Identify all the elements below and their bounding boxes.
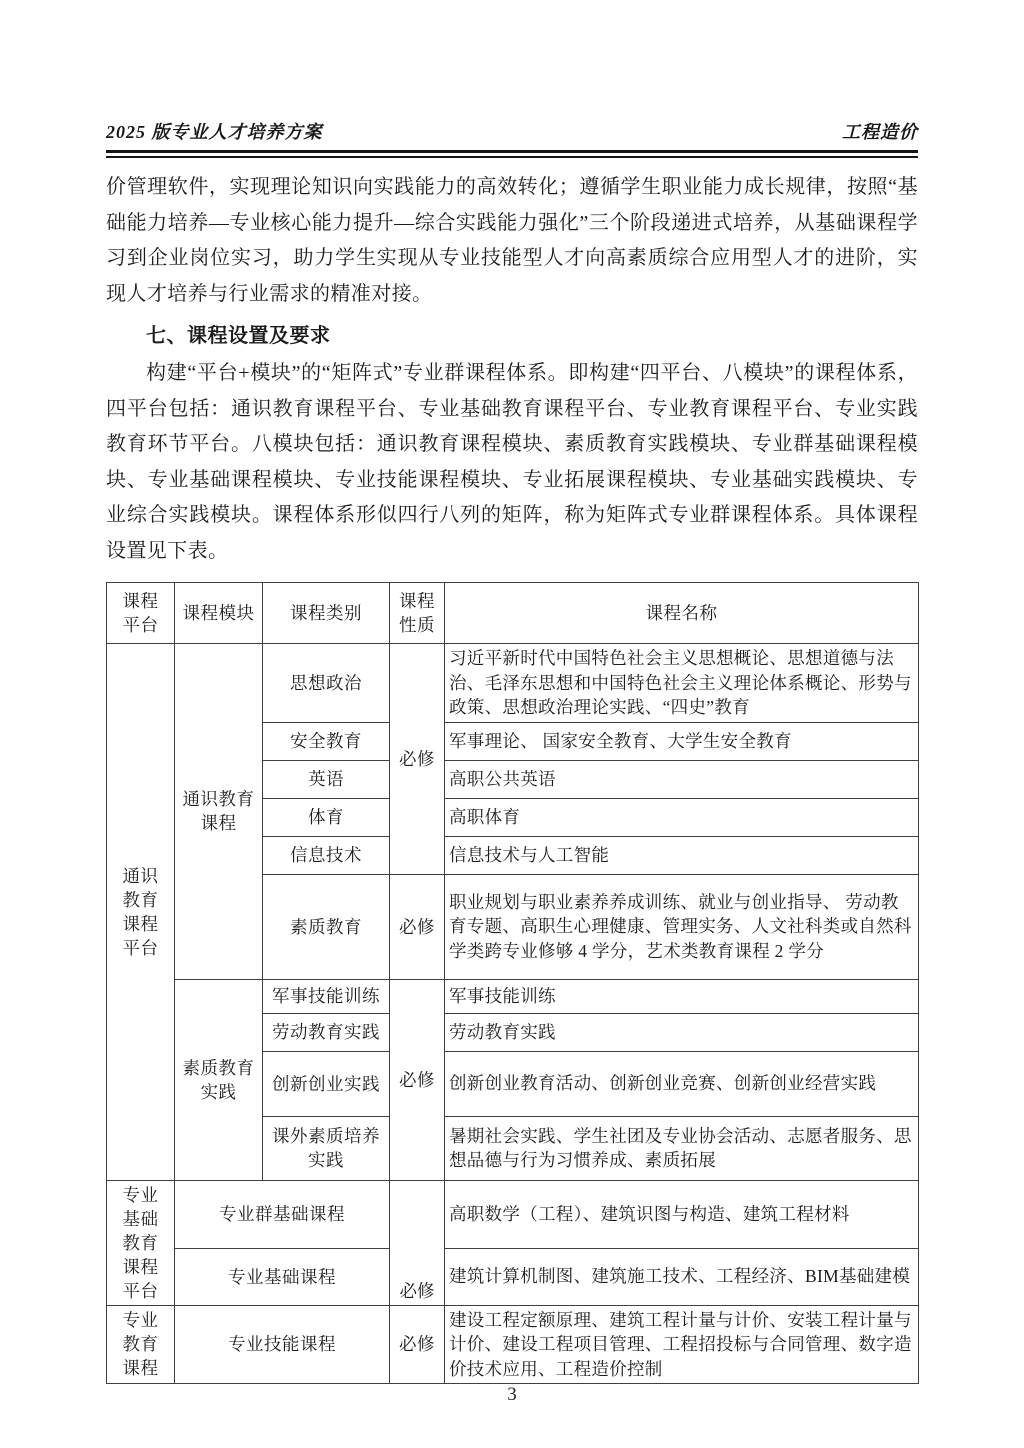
table-row: 专业基础课程 建筑计算机制图、建筑施工技术、工程经济、BIM基础建模 [107,1248,919,1305]
paragraph-continuation: 价管理软件，实现理论知识向实践能力的高效转化；遵循学生职业能力成长规律，按照“基… [106,170,918,312]
table-row: 素质教育 实践 军事技能训练 必修 军事技能训练 [107,979,919,1013]
header-divider [106,150,918,158]
cell-category-group-basic: 专业群基础课程 [175,1180,390,1248]
col-header-module: 课程模块 [175,583,263,644]
page-number: 3 [507,1384,517,1405]
col-header-category: 课程类别 [263,583,390,644]
col-header-platform: 课程 平台 [107,583,175,644]
table-row: 通识 教育 课程 平台 通识教育 课程 思想政治 必修 习近平新时代中国特色社会… [107,644,919,723]
cell-nature-skill: 必修 [390,1305,445,1384]
cell-nature-quality: 必修 [390,874,445,979]
cell-name-it: 信息技术与人工智能 [445,836,919,874]
table-header-row: 课程 平台 课程模块 课程类别 课程 性质 课程名称 [107,583,919,644]
page-footer: 3 [0,1384,1024,1406]
col-header-nature: 课程 性质 [390,583,445,644]
cell-name-group-basic: 高职数学（工程）、建筑识图与构造、建筑工程材料 [445,1180,919,1248]
cell-name-extracurricular: 暑期社会实践、学生社团及专业协会活动、志愿者服务、思想品德与行为习惯养成、素质拓… [445,1116,919,1180]
cell-name-professional-basic: 建筑计算机制图、建筑施工技术、工程经济、BIM基础建模 [445,1248,919,1305]
paragraph-curriculum-system: 构建“平台+模块”的“矩阵式”专业群课程体系。即构建“四平台、八模块”的课程体系… [106,356,918,569]
cell-category-skill: 专业技能课程 [175,1305,390,1384]
cell-nature-general: 必修 [390,644,445,875]
cell-category-professional-basic: 专业基础课程 [175,1248,390,1305]
course-setup-table: 课程 平台 课程模块 课程类别 课程 性质 课程名称 通识 教育 课程 平台 通… [106,582,919,1384]
cell-platform-general: 通识 教育 课程 平台 [107,644,175,1181]
cell-module-quality-practice: 素质教育 实践 [175,979,263,1180]
cell-category-innovation: 创新创业实践 [263,1051,390,1116]
col-header-name: 课程名称 [445,583,919,644]
cell-category-military: 军事技能训练 [263,979,390,1013]
cell-nature-quality-practice: 必修 [390,979,445,1180]
cell-name-english: 高职公共英语 [445,760,919,798]
table-row: 专业 基础 教育 课程 平台 专业群基础课程 必修 高职数学（工程）、建筑识图与… [107,1180,919,1248]
page-body: 价管理软件，实现理论知识向实践能力的高效转化；遵循学生职业能力成长规律，按照“基… [106,170,918,1384]
cell-platform-professional: 专业 教育 课程 [107,1305,175,1384]
cell-name-labor: 劳动教育实践 [445,1013,919,1051]
running-header: 2025 版专业人才培养方案 工程造价 [106,118,918,158]
cell-category-it: 信息技术 [263,836,390,874]
section-heading: 七、课程设置及要求 [106,321,918,352]
cell-name-skill: 建设工程定额原理、建筑工程计量与计价、安装工程计量与计价、建设工程项目管理、工程… [445,1305,919,1384]
document-page: 2025 版专业人才培养方案 工程造价 价管理软件，实现理论知识向实践能力的高效… [0,0,1024,1448]
cell-nature-professional-basic: 必修 [390,1180,445,1305]
cell-name-safety: 军事理论、 国家安全教育、大学生安全教育 [445,722,919,760]
cell-category-pe: 体育 [263,798,390,836]
cell-platform-professional-basic: 专业 基础 教育 课程 平台 [107,1180,175,1305]
cell-name-innovation: 创新创业教育活动、创新创业竞赛、创新创业经营实践 [445,1051,919,1116]
header-right-title: 工程造价 [842,118,918,144]
cell-category-english: 英语 [263,760,390,798]
cell-category-ideology: 思想政治 [263,644,390,723]
cell-module-general: 通识教育 课程 [175,644,263,980]
cell-category-safety: 安全教育 [263,722,390,760]
cell-name-quality: 职业规划与职业素养养成训练、就业与创业指导、 劳动教育专题、高职生心理健康、管理… [445,874,919,979]
table-row: 专业 教育 课程 专业技能课程 必修 建设工程定额原理、建筑工程计量与计价、安装… [107,1305,919,1384]
cell-name-pe: 高职体育 [445,798,919,836]
cell-name-military: 军事技能训练 [445,979,919,1013]
header-left-title: 2025 版专业人才培养方案 [106,118,323,144]
cell-category-extracurricular: 课外素质培养 实践 [263,1116,390,1180]
cell-name-ideology: 习近平新时代中国特色社会主义思想概论、思想道德与法治、毛泽东思想和中国特色社会主… [445,644,919,723]
cell-category-labor: 劳动教育实践 [263,1013,390,1051]
cell-category-quality: 素质教育 [263,874,390,979]
